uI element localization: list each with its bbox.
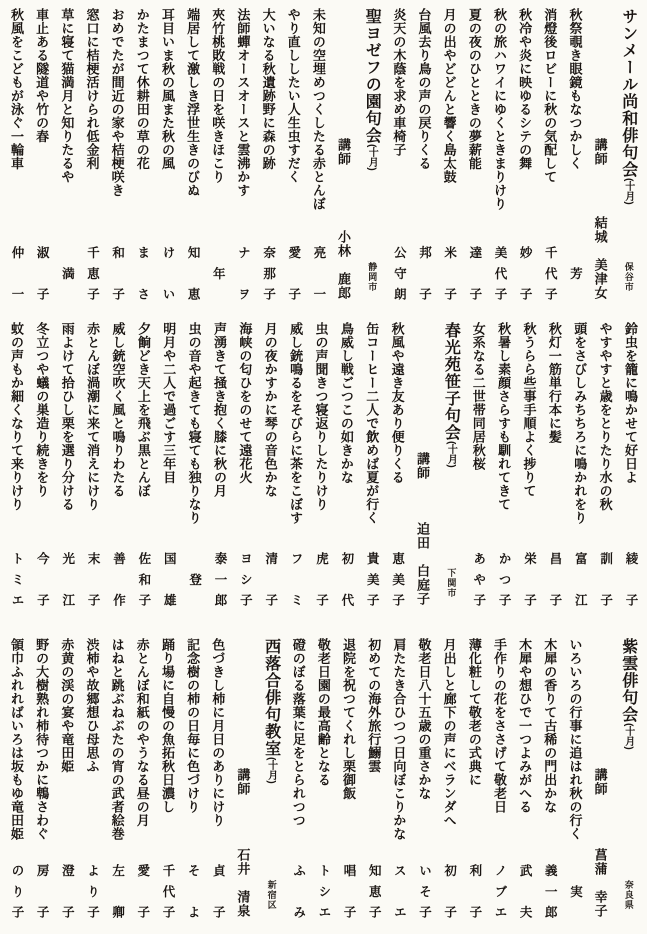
author-name: 利子 bbox=[467, 864, 482, 918]
lecturer-label: 講師 bbox=[235, 768, 250, 796]
lecturer-label: 講師 bbox=[593, 768, 608, 796]
haiku-column: 大いなる秋遺跡野に森の跡奈那子 bbox=[261, 8, 276, 300]
lecturer-label: 講師 bbox=[336, 138, 351, 166]
haiku-column: 磴のぼる落葉に足をとられつつふみ bbox=[291, 638, 306, 918]
haiku-text: おめでたが間近の家や桔梗咲き bbox=[110, 8, 125, 197]
haiku-text: 秋祭覗き眼鏡もなつかしく bbox=[567, 8, 582, 170]
author-name: 千代子 bbox=[160, 864, 175, 918]
section-title-text: 春光苑笹子句会(十月) bbox=[440, 322, 460, 468]
haiku-text: 威し銃空吹く風と鳴りわたる bbox=[111, 322, 126, 498]
author-name: あや子 bbox=[471, 552, 486, 606]
haiku-column: 炎天の木蔭を求め車椅子公守朗 bbox=[391, 8, 406, 300]
haiku-text: 渋柿や故郷想ひ母思ふ bbox=[84, 638, 99, 773]
author-name: 武夫 bbox=[517, 864, 532, 918]
section-title: 紫雲俳句会 bbox=[620, 638, 637, 723]
author-name: 光江 bbox=[60, 552, 75, 606]
haiku-text: 月の出やどどんと響く島太鼓 bbox=[442, 8, 457, 184]
haiku-text: 夾竹桃敗戦の日を咲きほこり bbox=[210, 8, 225, 184]
haiku-column: 秋灯一筋単行本に髪昌子 bbox=[547, 322, 562, 606]
author-name: 昌子 bbox=[547, 552, 562, 606]
haiku-column: 赤とんぼ和紙のやうなる昼の月愛子 bbox=[135, 638, 150, 918]
haiku-column: 鳥威し戦ごつこの如きかな初代 bbox=[339, 322, 354, 606]
haiku-column: 虫の声聞きつ寝返りしたりけり虎子 bbox=[314, 322, 329, 606]
haiku-text: 炎天の木蔭を求め車椅子 bbox=[391, 8, 406, 157]
author-name: 達子 bbox=[467, 246, 482, 300]
city-name: 保谷市 bbox=[614, 262, 634, 292]
section-title: 西落合俳句教室 bbox=[263, 638, 280, 757]
author-name: 和子 bbox=[110, 246, 125, 300]
haiku-column: 海峡の匂ひをのせて遠花火ヨシ子 bbox=[237, 322, 252, 606]
haiku-column: 秋うらら些事手順よく捗りて栄子 bbox=[522, 322, 537, 606]
haiku-column: 手作りの花をささげて敬老日ノブエ bbox=[492, 638, 507, 918]
haiku-text: 雨よけて拾ひし栗を選り分ける bbox=[60, 322, 75, 511]
haiku-text: 踊り場に自慢の魚拓秋日濃し bbox=[160, 638, 175, 814]
section-title-column: 紫雲俳句会(十月)奈良県 bbox=[618, 638, 638, 918]
haiku-column: 蚊の声もか細くなりて来りけりトミエ bbox=[9, 322, 24, 606]
haiku-column: 虫の音や起きても寝ても独りなり登 bbox=[187, 322, 202, 606]
haiku-text: 退院を祝つてくれし栗御飯 bbox=[341, 638, 356, 800]
haiku-text: 虫の声聞きつ寝返りしたりけり bbox=[314, 322, 329, 511]
author-name: フミ bbox=[288, 552, 303, 606]
author-name: 仲一 bbox=[9, 246, 24, 300]
haiku-text: 色づきし柿に月日のありにけり bbox=[210, 638, 225, 827]
haiku-column: はねと跳ぶねぶたの宵の武者絵巻左卿 bbox=[110, 638, 125, 918]
author-name: ヨシ子 bbox=[237, 552, 252, 606]
tier-top: サンメール尚和俳句会(十月)保谷市講師結城 美津女秋祭覗き眼鏡もなつかしく芳消燈… bbox=[9, 8, 638, 300]
author-name: 栄子 bbox=[522, 552, 537, 606]
author-name: 初代 bbox=[339, 552, 354, 606]
haiku-text: 耳目いま秋の風また秋の風 bbox=[160, 8, 175, 170]
author-name: ナヲ bbox=[235, 246, 250, 300]
haiku-text: 記念樹の柿の日毎に色づけり bbox=[185, 638, 200, 814]
haiku-text: やり直ししたい人生虫すだく bbox=[286, 8, 301, 184]
lecturer-name: 結城 美津女 bbox=[593, 216, 608, 300]
haiku-column: 赤とんぼ渦潮に来て消えにけり末子 bbox=[85, 322, 100, 606]
tier-bottom: 紫雲俳句会(十月)奈良県講師菖蒲 幸子いろいろの行事に追はれ秋の行く実木犀の香り… bbox=[9, 638, 638, 918]
author-name: まさ bbox=[135, 246, 150, 300]
author-name: 満 bbox=[59, 246, 74, 300]
haiku-column: 木犀や想ひで一つよみがへる武夫 bbox=[517, 638, 532, 918]
haiku-text: 赤黄の渓の宴や竜田姫 bbox=[59, 638, 74, 773]
haiku-column: 頭をさびしみちちろに鳴かれをり富江 bbox=[572, 322, 587, 606]
lecturer-name: 迫田 白庭子 bbox=[415, 522, 430, 606]
section-title: 春光苑笹子句会 bbox=[442, 322, 459, 441]
author-name: 貴美子 bbox=[364, 552, 379, 606]
haiku-text: 初めての海外旅行鰯雲 bbox=[366, 638, 381, 773]
author-name: 千代子 bbox=[542, 246, 557, 300]
haiku-text: 端居して激しき浮世生きのびぬ bbox=[185, 8, 200, 197]
haiku-text: 薄化粧して敬老の式典に bbox=[467, 638, 482, 787]
author-name: 富江 bbox=[572, 552, 587, 606]
haiku-text: やすやすと歳をとりたり水の秋 bbox=[598, 322, 613, 511]
author-name: 綾子 bbox=[623, 552, 638, 606]
haiku-column: 法師蟬オースオースと雲沸かすナヲ bbox=[235, 8, 250, 300]
haiku-column: 月の出やどどんと響く島太鼓米子 bbox=[442, 8, 457, 300]
section-month: (十月) bbox=[623, 178, 634, 205]
author-name: 恵美子 bbox=[390, 552, 405, 606]
haiku-text: 赤とんぼ渦潮に来て消えにけり bbox=[85, 322, 100, 511]
haiku-text: いろいろの行事に追はれ秋の行く bbox=[567, 638, 582, 841]
author-name: 奈那子 bbox=[261, 246, 276, 300]
haiku-column: 冬立つや蟻の巣造り続きをり今子 bbox=[34, 322, 49, 606]
author-name: 唱子 bbox=[341, 864, 356, 918]
city-name: 奈良県 bbox=[614, 880, 634, 910]
haiku-column: 鈴虫を籠に鳴かせて好日よ綾子 bbox=[623, 322, 638, 606]
author-name: ノブエ bbox=[492, 864, 507, 918]
haiku-column: 夕餉どき天上を飛ぶ黒とんぼ佐和子 bbox=[136, 322, 151, 606]
haiku-text: 秋暑し素顔さらすも馴れてきて bbox=[496, 322, 511, 511]
author-name: 房子 bbox=[34, 864, 49, 918]
haiku-column: 威し銃空吹く風と鳴りわたる善作 bbox=[111, 322, 126, 606]
lecturer-column: 講師小林 鹿郎 bbox=[336, 8, 351, 300]
haiku-text: 木犀や想ひで一つよみがへる bbox=[517, 638, 532, 814]
section-title-column: 西落合俳句教室(十月)新宿区 bbox=[261, 638, 281, 918]
city-name: 静岡市 bbox=[357, 262, 377, 292]
haiku-column: 渋柿や故郷想ひ母思ふより子 bbox=[84, 638, 99, 918]
lecturer-column: 講師結城 美津女 bbox=[593, 8, 608, 300]
journal-page: サンメール尚和俳句会(十月)保谷市講師結城 美津女秋祭覗き眼鏡もなつかしく芳消燈… bbox=[0, 0, 647, 934]
author-name: 実 bbox=[567, 864, 582, 918]
haiku-column: 女系なる二世帯同居秋桜あや子 bbox=[471, 322, 486, 606]
haiku-column: 敬老日八十五歳の重さかないそ子 bbox=[417, 638, 432, 918]
haiku-column: 未知の空埋めつくしたる赤とんぼ亮一 bbox=[311, 8, 326, 300]
haiku-column: 雨よけて拾ひし栗を選り分ける光江 bbox=[60, 322, 75, 606]
haiku-text: 大いなる秋遺跡野に森の跡 bbox=[261, 8, 276, 170]
author-name: 末子 bbox=[85, 552, 100, 606]
haiku-text: 秋うらら些事手順よく捗りて bbox=[522, 322, 537, 498]
haiku-column: 踊り場に自慢の魚拓秋日濃し千代子 bbox=[160, 638, 175, 918]
haiku-text: 冬立つや蟻の巣造り続きをり bbox=[34, 322, 49, 498]
author-name: けい bbox=[160, 246, 175, 300]
haiku-text: 鈴虫を籠に鳴かせて好日よ bbox=[623, 322, 638, 484]
section-title-column: 聖ヨゼフの園句会(十月)静岡市 bbox=[361, 8, 381, 300]
section-month: (十月) bbox=[266, 757, 277, 784]
haiku-column: 秋風をこどもが泳ぐ一輪車仲一 bbox=[9, 8, 24, 300]
haiku-text: 缶コーヒー二人で飲めば夏が行く bbox=[364, 322, 379, 525]
haiku-column: 領巾ふれればいろは坂もゆ竜田姫のり子 bbox=[9, 638, 24, 918]
author-name: 芳 bbox=[567, 246, 582, 300]
author-name: 千恵子 bbox=[84, 246, 99, 300]
haiku-text: 月の夜かすかに琴の音色かな bbox=[263, 322, 278, 498]
author-name: 初子 bbox=[442, 864, 457, 918]
author-name: 知恵子 bbox=[366, 864, 381, 918]
author-name: トシエ bbox=[316, 864, 331, 918]
author-name: 義一郎 bbox=[542, 864, 557, 918]
haiku-text: 女系なる二世帯同居秋桜 bbox=[471, 322, 486, 471]
haiku-column: 敬老日園の最高齢となるトシエ bbox=[316, 638, 331, 918]
author-name: 愛子 bbox=[286, 246, 301, 300]
haiku-text: 赤とんぼ和紙のやうなる昼の月 bbox=[135, 638, 150, 827]
haiku-text: 秋灯一筋単行本に髪 bbox=[547, 322, 562, 444]
haiku-column: 赤黄の渓の宴や竜田姫澄子 bbox=[59, 638, 74, 918]
haiku-column: やすやすと歳をとりたり水の秋訓子 bbox=[598, 322, 613, 606]
author-name: 年 bbox=[210, 246, 225, 300]
haiku-text: 肩たたき合ひつつ日向ぼこりかな bbox=[391, 638, 406, 841]
haiku-column: 初めての海外旅行鰯雲知恵子 bbox=[366, 638, 381, 918]
author-name: かつ子 bbox=[496, 552, 511, 606]
haiku-column: 明月や二人で過ごす三年目国雄 bbox=[161, 322, 176, 606]
section-title: サンメール尚和俳句会 bbox=[620, 8, 637, 178]
lecturer-name: 石井 清泉 bbox=[235, 848, 250, 918]
author-name: 善作 bbox=[111, 552, 126, 606]
author-name: 愛子 bbox=[135, 864, 150, 918]
haiku-column: いろいろの行事に追はれ秋の行く実 bbox=[567, 638, 582, 918]
author-name: 清子 bbox=[263, 552, 278, 606]
haiku-text: 野の大樹熟れ柿待つかに鵯さわぐ bbox=[34, 638, 49, 841]
section-month: (十月) bbox=[366, 144, 377, 171]
lecturer-name: 菖蒲 幸子 bbox=[593, 848, 608, 918]
haiku-column: 消燈後ロビーに秋の気配して千代子 bbox=[542, 8, 557, 300]
haiku-text: 敬老日園の最高齢となる bbox=[316, 638, 331, 787]
section-title-text: 聖ヨゼフの園句会(十月) bbox=[361, 8, 381, 171]
haiku-column: 夏の夜のひとときの夢薪能達子 bbox=[467, 8, 482, 300]
section-month: (十月) bbox=[445, 441, 456, 468]
author-name: 登 bbox=[187, 552, 202, 606]
haiku-column: 秋風や遠き友あり便りくる恵美子 bbox=[390, 322, 405, 606]
haiku-text: 海峡の匂ひをのせて遠花火 bbox=[237, 322, 252, 484]
haiku-column: 台風去り鳥の声の戻りくる邦子 bbox=[417, 8, 432, 300]
haiku-text: 車止ある隧道や竹の春 bbox=[34, 8, 49, 143]
author-name: より子 bbox=[84, 864, 99, 918]
section-title-text: サンメール尚和俳句会(十月) bbox=[618, 8, 638, 205]
haiku-text: 台風去り鳥の声の戻りくる bbox=[417, 8, 432, 170]
lecturer-name: 小林 鹿郎 bbox=[336, 230, 351, 300]
haiku-column: 草に寝て猫満月と知りたるや満 bbox=[59, 8, 74, 300]
haiku-text: 秋冷や炎に映ゆるシテの舞 bbox=[517, 8, 532, 170]
author-name: ふみ bbox=[291, 864, 306, 918]
haiku-text: 月出しと廊下の声にベランダへ bbox=[442, 638, 457, 827]
haiku-column: 車止ある隧道や竹の春淑子 bbox=[34, 8, 49, 300]
haiku-text: 明月や二人で過ごす三年目 bbox=[161, 322, 176, 484]
haiku-column: 窓口に桔梗活けられ低金利千恵子 bbox=[84, 8, 99, 300]
haiku-text: 蚊の声もか細くなりて来りけり bbox=[9, 322, 24, 511]
haiku-text: 秋風をこどもが泳ぐ一輪車 bbox=[9, 8, 24, 170]
haiku-column: 肩たたき合ひつつ日向ぼこりかなスエ bbox=[391, 638, 406, 918]
section-title-text: 紫雲俳句会(十月) bbox=[618, 638, 638, 750]
haiku-text: 威し銃鳴るをそびらに茶をこぼす bbox=[288, 322, 303, 525]
haiku-text: 領巾ふれればいろは坂もゆ竜田姫 bbox=[9, 638, 24, 841]
haiku-text: 虫の音や起きても寝ても独りなり bbox=[187, 322, 202, 525]
haiku-text: 消燈後ロビーに秋の気配して bbox=[542, 8, 557, 184]
haiku-column: 耳目いま秋の風また秋の風けい bbox=[160, 8, 175, 300]
haiku-column: 秋の旅ハワイにゆくときまりけり美代子 bbox=[492, 8, 507, 300]
author-name: 美代子 bbox=[492, 246, 507, 300]
haiku-text: 鳥威し戦ごつこの如きかな bbox=[339, 322, 354, 484]
author-name: 亮一 bbox=[311, 246, 326, 300]
author-name: そよ bbox=[185, 864, 200, 918]
haiku-column: 野の大樹熟れ柿待つかに鵯さわぐ房子 bbox=[34, 638, 49, 918]
author-name: 今子 bbox=[34, 552, 49, 606]
author-name: 知恵 bbox=[185, 246, 200, 300]
haiku-column: 月出しと廊下の声にベランダへ初子 bbox=[442, 638, 457, 918]
haiku-text: 手作りの花をささげて敬老日 bbox=[492, 638, 507, 814]
haiku-text: 頭をさびしみちちろに鳴かれをり bbox=[572, 322, 587, 525]
lecturer-column: 講師迫田 白庭子 bbox=[415, 322, 430, 606]
author-name: 邦子 bbox=[417, 246, 432, 300]
section-title-text: 西落合俳句教室(十月) bbox=[261, 638, 281, 784]
haiku-column: かたまつて休耕田の草の花まさ bbox=[135, 8, 150, 300]
author-name: 澄子 bbox=[59, 864, 74, 918]
haiku-column: 退院を祝つてくれし栗御飯唱子 bbox=[341, 638, 356, 918]
haiku-text: 磴のぼる落葉に足をとられつつ bbox=[291, 638, 306, 827]
haiku-text: 声湧きて掻き抱く膝に秋の月 bbox=[212, 322, 227, 498]
author-name: 国雄 bbox=[161, 552, 176, 606]
author-name: トミエ bbox=[9, 552, 24, 606]
author-name: いそ子 bbox=[417, 864, 432, 918]
haiku-column: 威し銃鳴るをそびらに茶をこぼすフミ bbox=[288, 322, 303, 606]
author-name: 公守朗 bbox=[391, 246, 406, 300]
haiku-column: 秋冷や炎に映ゆるシテの舞妙子 bbox=[517, 8, 532, 300]
section-title-column: サンメール尚和俳句会(十月)保谷市 bbox=[618, 8, 638, 300]
author-name: 佐和子 bbox=[136, 552, 151, 606]
haiku-column: 夾竹桃敗戦の日を咲きほこり年 bbox=[210, 8, 225, 300]
haiku-text: 夕餉どき天上を飛ぶ黒とんぼ bbox=[136, 322, 151, 498]
author-name: 泰一郎 bbox=[212, 552, 227, 606]
author-name: 虎子 bbox=[314, 552, 329, 606]
lecturer-column: 講師菖蒲 幸子 bbox=[593, 638, 608, 918]
haiku-text: はねと跳ぶねぶたの宵の武者絵巻 bbox=[110, 638, 125, 841]
section-title: 聖ヨゼフの園句会 bbox=[363, 8, 380, 144]
haiku-text: 法師蟬オースオースと雲沸かす bbox=[235, 8, 250, 197]
haiku-column: 色づきし柿に月日のありにけり貞子 bbox=[210, 638, 225, 918]
section-month: (十月) bbox=[623, 723, 634, 750]
haiku-column: 声湧きて掻き抱く膝に秋の月泰一郎 bbox=[212, 322, 227, 606]
haiku-column: 記念樹の柿の日毎に色づけりそよ bbox=[185, 638, 200, 918]
haiku-text: 木犀の香りて古稀の門出かな bbox=[542, 638, 557, 814]
haiku-text: 秋風や遠き友あり便りくる bbox=[390, 322, 405, 484]
author-name: 米子 bbox=[442, 246, 457, 300]
haiku-column: おめでたが間近の家や桔梗咲き和子 bbox=[110, 8, 125, 300]
author-name: 左卿 bbox=[110, 864, 125, 918]
haiku-column: 木犀の香りて古稀の門出かな義一郎 bbox=[542, 638, 557, 918]
city-name: 新宿区 bbox=[257, 880, 277, 910]
city-name: 下関市 bbox=[436, 568, 456, 598]
haiku-column: 端居して激しき浮世生きのびぬ知恵 bbox=[185, 8, 200, 300]
section-title-column: 春光苑笹子句会(十月)下関市 bbox=[440, 322, 460, 606]
haiku-column: やり直ししたい人生虫すだく愛子 bbox=[286, 8, 301, 300]
haiku-text: 未知の空埋めつくしたる赤とんぼ bbox=[311, 8, 326, 211]
author-name: 妙子 bbox=[517, 246, 532, 300]
author-name: のり子 bbox=[9, 864, 24, 918]
lecturer-column: 講師石井 清泉 bbox=[235, 638, 250, 918]
author-name: 訓子 bbox=[598, 552, 613, 606]
haiku-text: 草に寝て猫満月と知りたるや bbox=[59, 8, 74, 184]
haiku-text: 秋の旅ハワイにゆくときまりけり bbox=[492, 8, 507, 211]
haiku-text: 夏の夜のひとときの夢薪能 bbox=[467, 8, 482, 170]
lecturer-label: 講師 bbox=[415, 452, 430, 480]
tier-middle: 鈴虫を籠に鳴かせて好日よ綾子やすやすと歳をとりたり水の秋訓子頭をさびしみちちろに… bbox=[9, 322, 638, 606]
author-name: スエ bbox=[391, 864, 406, 918]
haiku-text: 敬老日八十五歳の重さかな bbox=[417, 638, 432, 800]
haiku-column: 秋祭覗き眼鏡もなつかしく芳 bbox=[567, 8, 582, 300]
lecturer-label: 講師 bbox=[593, 138, 608, 166]
haiku-column: 月の夜かすかに琴の音色かな清子 bbox=[263, 322, 278, 606]
author-name: 貞子 bbox=[210, 864, 225, 918]
haiku-column: 缶コーヒー二人で飲めば夏が行く貴美子 bbox=[364, 322, 379, 606]
haiku-text: 窓口に桔梗活けられ低金利 bbox=[84, 8, 99, 170]
author-name: 淑子 bbox=[34, 246, 49, 300]
haiku-column: 秋暑し素顔さらすも馴れてきてかつ子 bbox=[496, 322, 511, 606]
haiku-column: 薄化粧して敬老の式典に利子 bbox=[467, 638, 482, 918]
haiku-text: かたまつて休耕田の草の花 bbox=[135, 8, 150, 170]
